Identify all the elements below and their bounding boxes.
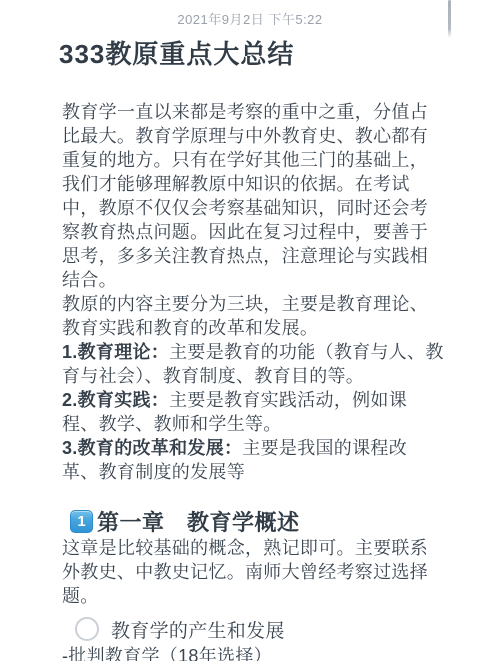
body-line: 重复的地方。只有在学好其他三门的基础上，: [62, 148, 460, 172]
chapter-title: 第一章 教育学概述: [97, 506, 300, 537]
sub-note-line: -批判教育学（18年选择）: [62, 644, 460, 661]
body-line: 教育实践和教育的改革和发展。: [62, 316, 460, 340]
body-line: 这章是比较基础的概念，熟记即可。主要联系: [62, 536, 460, 560]
list-item-3-line-2: 革、教育制度的发展等: [62, 460, 460, 484]
note-body: 教育学一直以来都是考察的重中之重，分值占 比最大。教育学原理与中外教育史、教心都…: [62, 100, 460, 484]
todo-item[interactable]: 教育学的产生和发展: [75, 616, 500, 642]
body-line: 教原的内容主要分为三块，主要是教育理论、: [62, 292, 460, 316]
item-term-bold: 2.教育实践：: [62, 390, 169, 410]
body-line: 察教育热点问题。因此在复习过程中，要善于: [62, 220, 460, 244]
checkbox-circle-icon[interactable]: [75, 617, 99, 641]
body-line: 外教史、中教史记忆。南师大曾经考察过选择: [62, 560, 460, 584]
chapter-description: 这章是比较基础的概念，熟记即可。主要联系 外教史、中教史记忆。南师大曾经考察过选…: [62, 536, 460, 608]
item-text: 主要是我国的课程改: [242, 438, 407, 458]
body-line: 题。: [62, 584, 460, 608]
list-item-1-line-1: 1.教育理论：主要是教育的功能（教育与人、教: [62, 340, 460, 364]
body-line: 思考，多多关注教育热点，注意理论与实践相: [62, 244, 460, 268]
list-item-2-line-1: 2.教育实践：主要是教育实践活动，例如课: [62, 388, 460, 412]
item-text: 主要是教育实践活动，例如课: [169, 390, 407, 410]
body-line: 结合。: [62, 268, 460, 292]
list-item-3-line-1: 3.教育的改革和发展：主要是我国的课程改: [62, 436, 460, 460]
list-item-1-line-2: 育与社会）、教育制度、教育目的等。: [62, 364, 460, 388]
chapter-heading: 1 第一章 教育学概述: [70, 508, 500, 534]
item-term-bold: 3.教育的改革和发展：: [62, 438, 242, 458]
body-line: 比最大。教育学原理与中外教育史、教心都有: [62, 124, 460, 148]
item-text: 主要是教育的功能（教育与人、教: [169, 342, 444, 362]
keycap-1-icon: 1: [70, 510, 93, 533]
body-line: 中，教原不仅仅会考察基础知识，同时还会考: [62, 196, 460, 220]
list-item-2-line-2: 程、教学、教师和学生等。: [62, 412, 460, 436]
body-line: 教育学一直以来都是考察的重中之重，分值占: [62, 100, 460, 124]
note-title: 333教原重点大总结: [59, 39, 460, 69]
todo-label: 教育学的产生和发展: [111, 616, 285, 643]
scrollbar[interactable]: [448, 0, 451, 38]
note-timestamp: 2021年9月2日 下午5:22: [0, 0, 500, 28]
item-term-bold: 1.教育理论：: [62, 342, 169, 362]
body-line: 我们才能够理解教原中知识的依据。在考试: [62, 172, 460, 196]
